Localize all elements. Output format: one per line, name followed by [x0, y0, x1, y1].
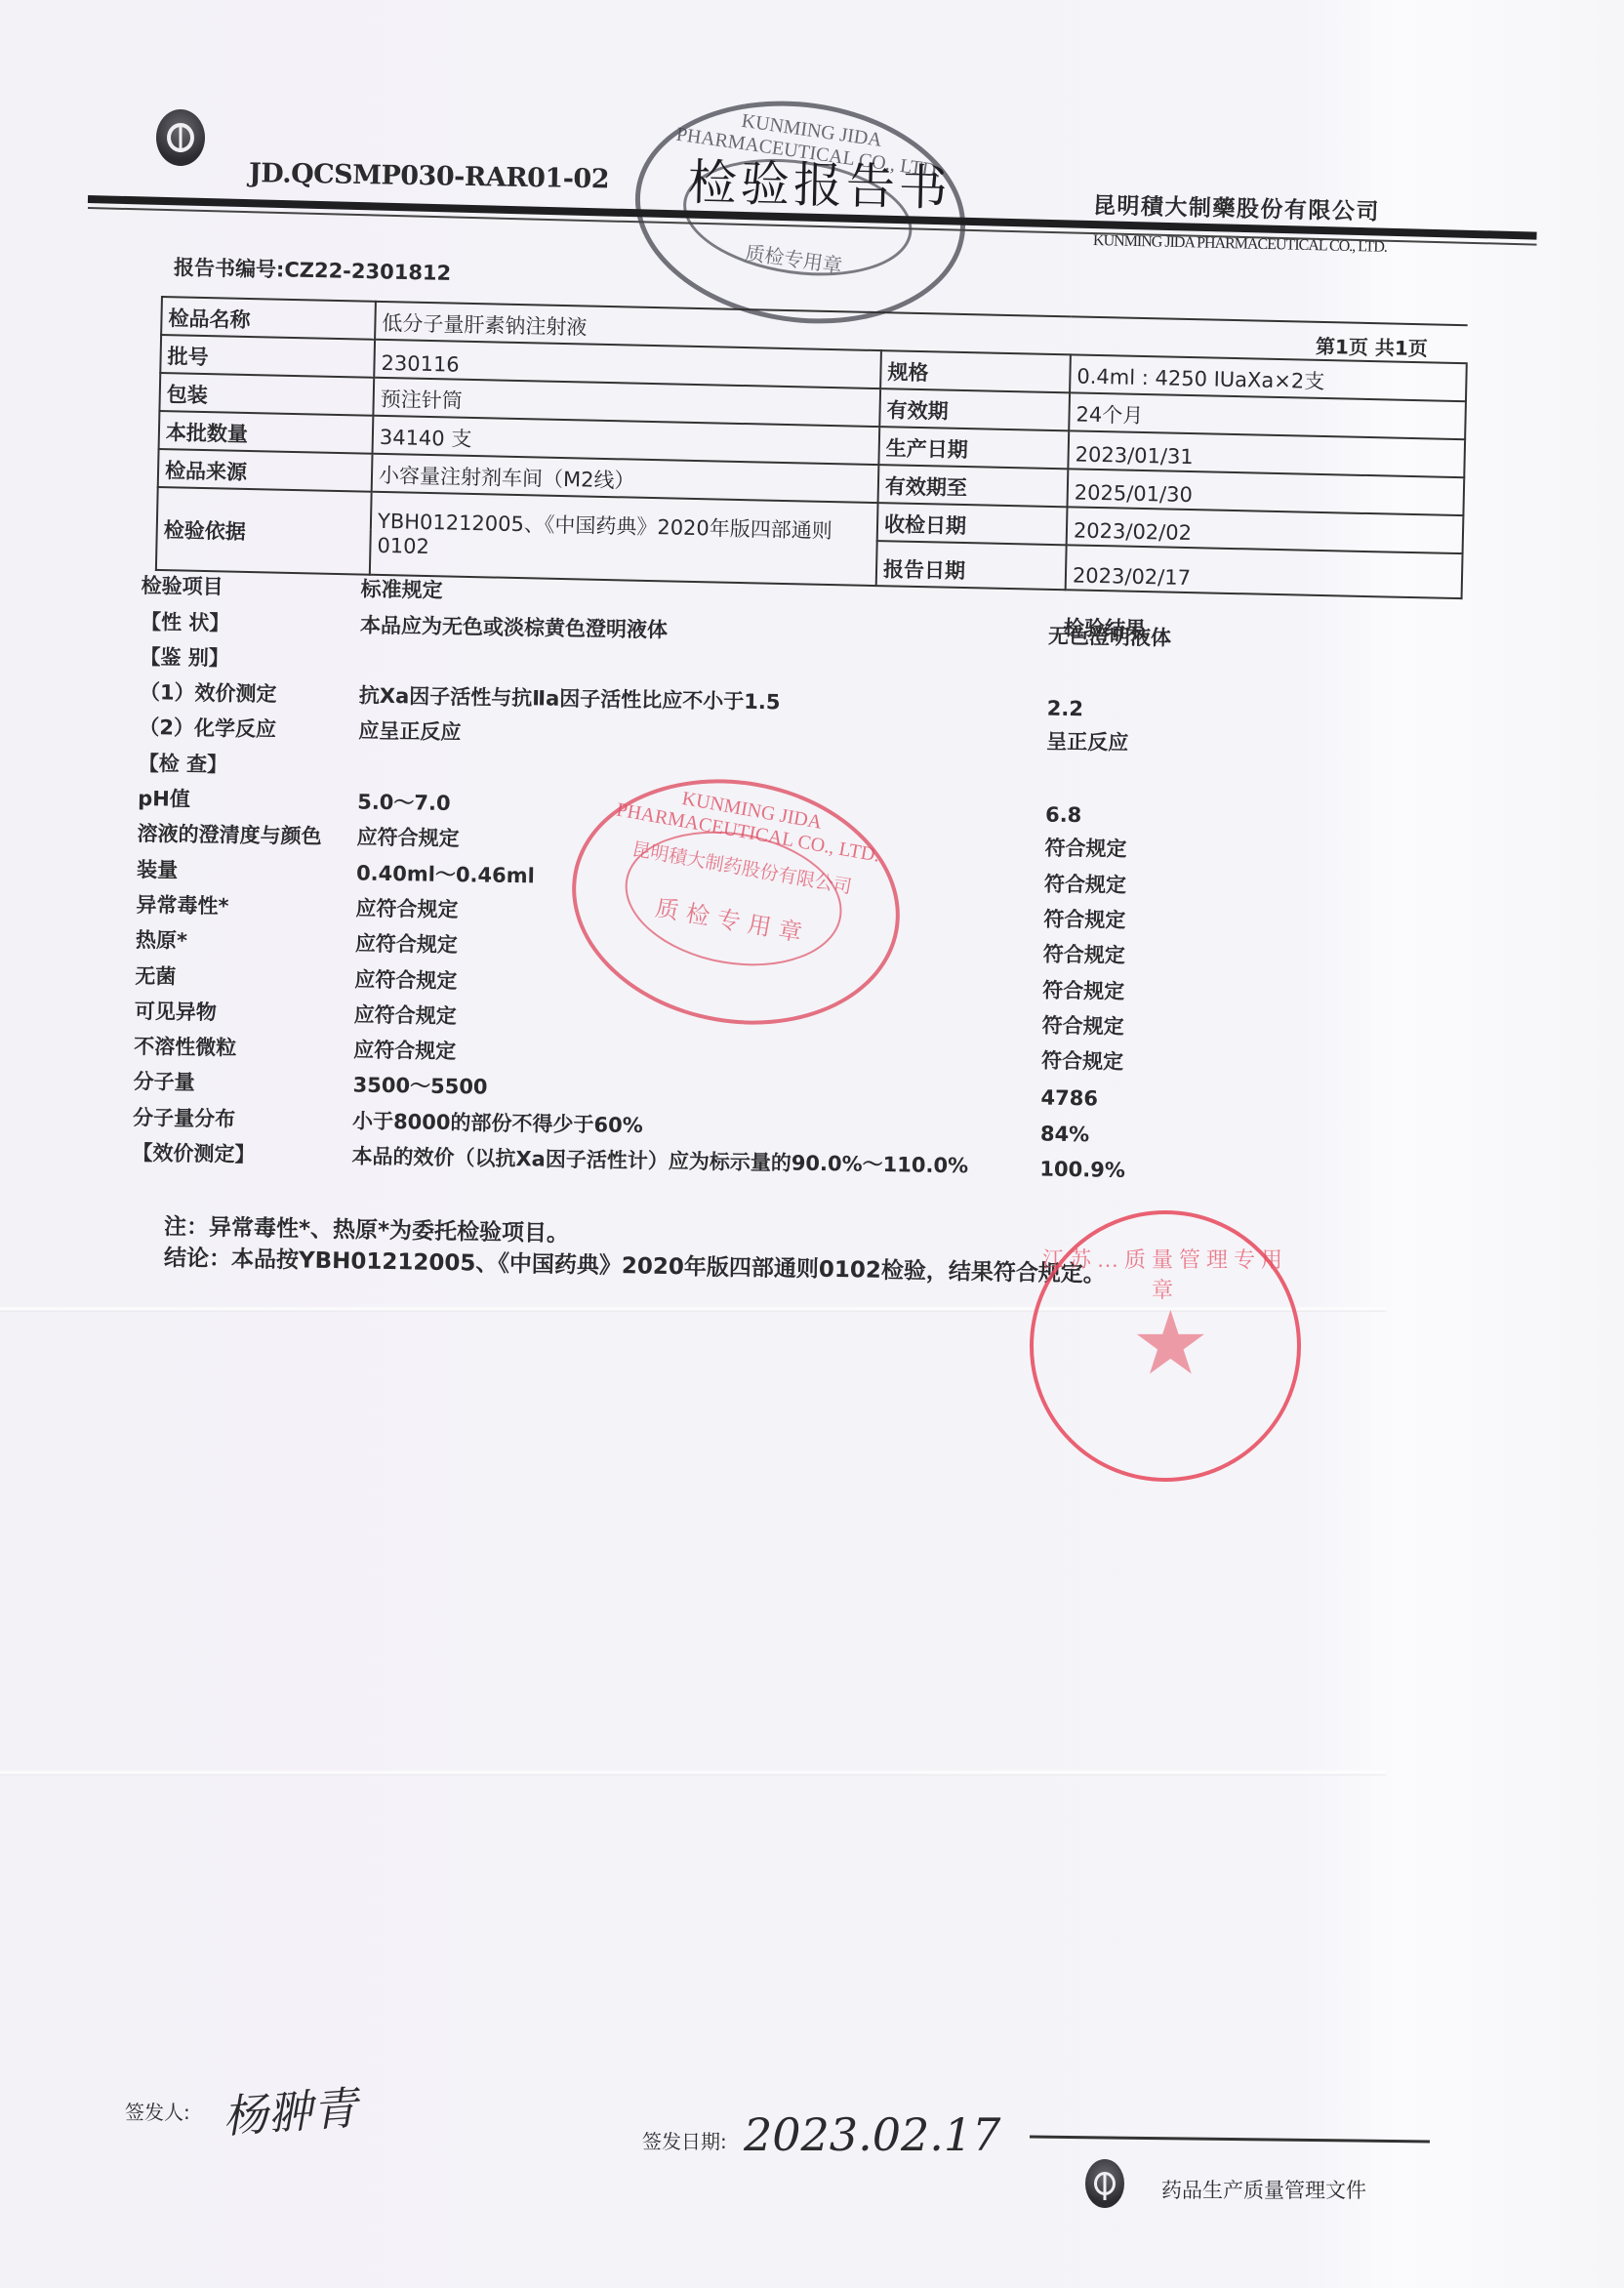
test-item: 异常毒性* — [136, 889, 355, 922]
test-item: 可见异物 — [135, 996, 354, 1029]
page-title: 检验报告书 — [687, 143, 953, 220]
test-item: 无菌 — [135, 960, 354, 994]
product-info-table: 检品名称 低分子量肝素钠注射液 批号 230116 规格 0.4ml : 425… — [155, 296, 1469, 599]
test-item: 【效价测定】 — [132, 1137, 351, 1170]
star-icon: ★ — [1131, 1292, 1210, 1395]
footer-logo-icon — [1085, 2159, 1124, 2208]
label-receipt-date: 收检日期 — [877, 503, 1068, 545]
report-number: 报告书编号:CZ22-2301812 — [174, 252, 452, 287]
test-item: （2）化学反应 — [139, 712, 358, 745]
label-expiry-date: 有效期至 — [878, 465, 1069, 507]
test-item: 装量 — [137, 854, 356, 887]
test-result: 符合规定 — [1044, 868, 1259, 900]
test-result: 呈正反应 — [1046, 726, 1261, 758]
test-standard: 本品的效价（以抗Ⅹa因子活性计）应为标示量的90.0%～110.0% — [351, 1141, 1039, 1181]
test-result: 符合规定 — [1042, 974, 1257, 1006]
test-result: 符合规定 — [1043, 939, 1258, 971]
test-result: 84% — [1040, 1122, 1255, 1148]
conclusion-text: 结论：本品按YBH01212005、《中国药典》2020年版四部通则0102检验… — [164, 1240, 1106, 1288]
test-result: 符合规定 — [1044, 833, 1259, 865]
test-item: 不溶性微粒 — [134, 1031, 353, 1064]
paper-fold — [0, 1770, 1386, 1776]
signer-signature: 杨翀青 — [221, 2072, 359, 2145]
test-item: 分子量 — [133, 1066, 352, 1099]
test-item: pH值 — [138, 783, 357, 816]
header-result-label: 检验结果 — [1064, 612, 1146, 642]
header-test-item: 检验项目 — [141, 570, 360, 603]
test-item: 【检 查】 — [139, 748, 358, 781]
test-item: 热原* — [136, 924, 355, 958]
footer-doc-type: 药品生产质量管理文件 — [1161, 2175, 1366, 2204]
test-result: 2.2 — [1047, 697, 1262, 723]
test-item: （1）效价测定 — [140, 676, 359, 710]
label-batch-no: 批号 — [160, 335, 375, 378]
label-batch-quantity: 本批数量 — [159, 411, 374, 454]
label-production-date: 生产日期 — [878, 427, 1069, 469]
issue-date-handwritten: 2023.02.17 — [744, 2108, 1000, 2161]
red-stamp2-text: 江苏…质量管理专用章 — [1034, 1244, 1297, 1304]
label-packaging: 包装 — [159, 373, 374, 416]
issue-date-label: 签发日期: — [642, 2126, 727, 2154]
red-round-stamp: ★ 江苏…质量管理专用章 — [1030, 1210, 1301, 1482]
label-test-basis: 检验依据 — [156, 487, 372, 575]
test-item: 分子量分布 — [133, 1102, 352, 1135]
test-item: 【鉴 别】 — [140, 641, 359, 674]
test-result: 符合规定 — [1041, 1045, 1256, 1078]
label-sample-source: 检品来源 — [158, 449, 373, 492]
test-item: 【性 状】 — [141, 606, 360, 639]
document-code: JD.QCSMP030-RAR01-02 — [249, 158, 610, 194]
label-product-name: 检品名称 — [161, 297, 376, 340]
test-item: 溶液的澄清度与颜色 — [137, 818, 356, 851]
test-result: 100.9% — [1039, 1158, 1254, 1184]
test-result: 4786 — [1040, 1086, 1255, 1113]
test-result: 6.8 — [1045, 803, 1260, 830]
test-result: 符合规定 — [1043, 904, 1258, 936]
footer-rule — [1030, 2135, 1430, 2143]
test-result: 符合规定 — [1041, 1009, 1256, 1042]
label-specification: 规格 — [880, 350, 1071, 392]
label-validity: 有效期 — [879, 388, 1070, 430]
signer-label: 签发人: — [125, 2097, 190, 2125]
document-page: JD.QCSMP030-RAR01-02 KUNMING JIDA PHARMA… — [0, 0, 1624, 2288]
company-logo-icon — [156, 109, 205, 166]
company-name-cn: 昆明積大制藥股份有限公司 — [1093, 187, 1381, 226]
